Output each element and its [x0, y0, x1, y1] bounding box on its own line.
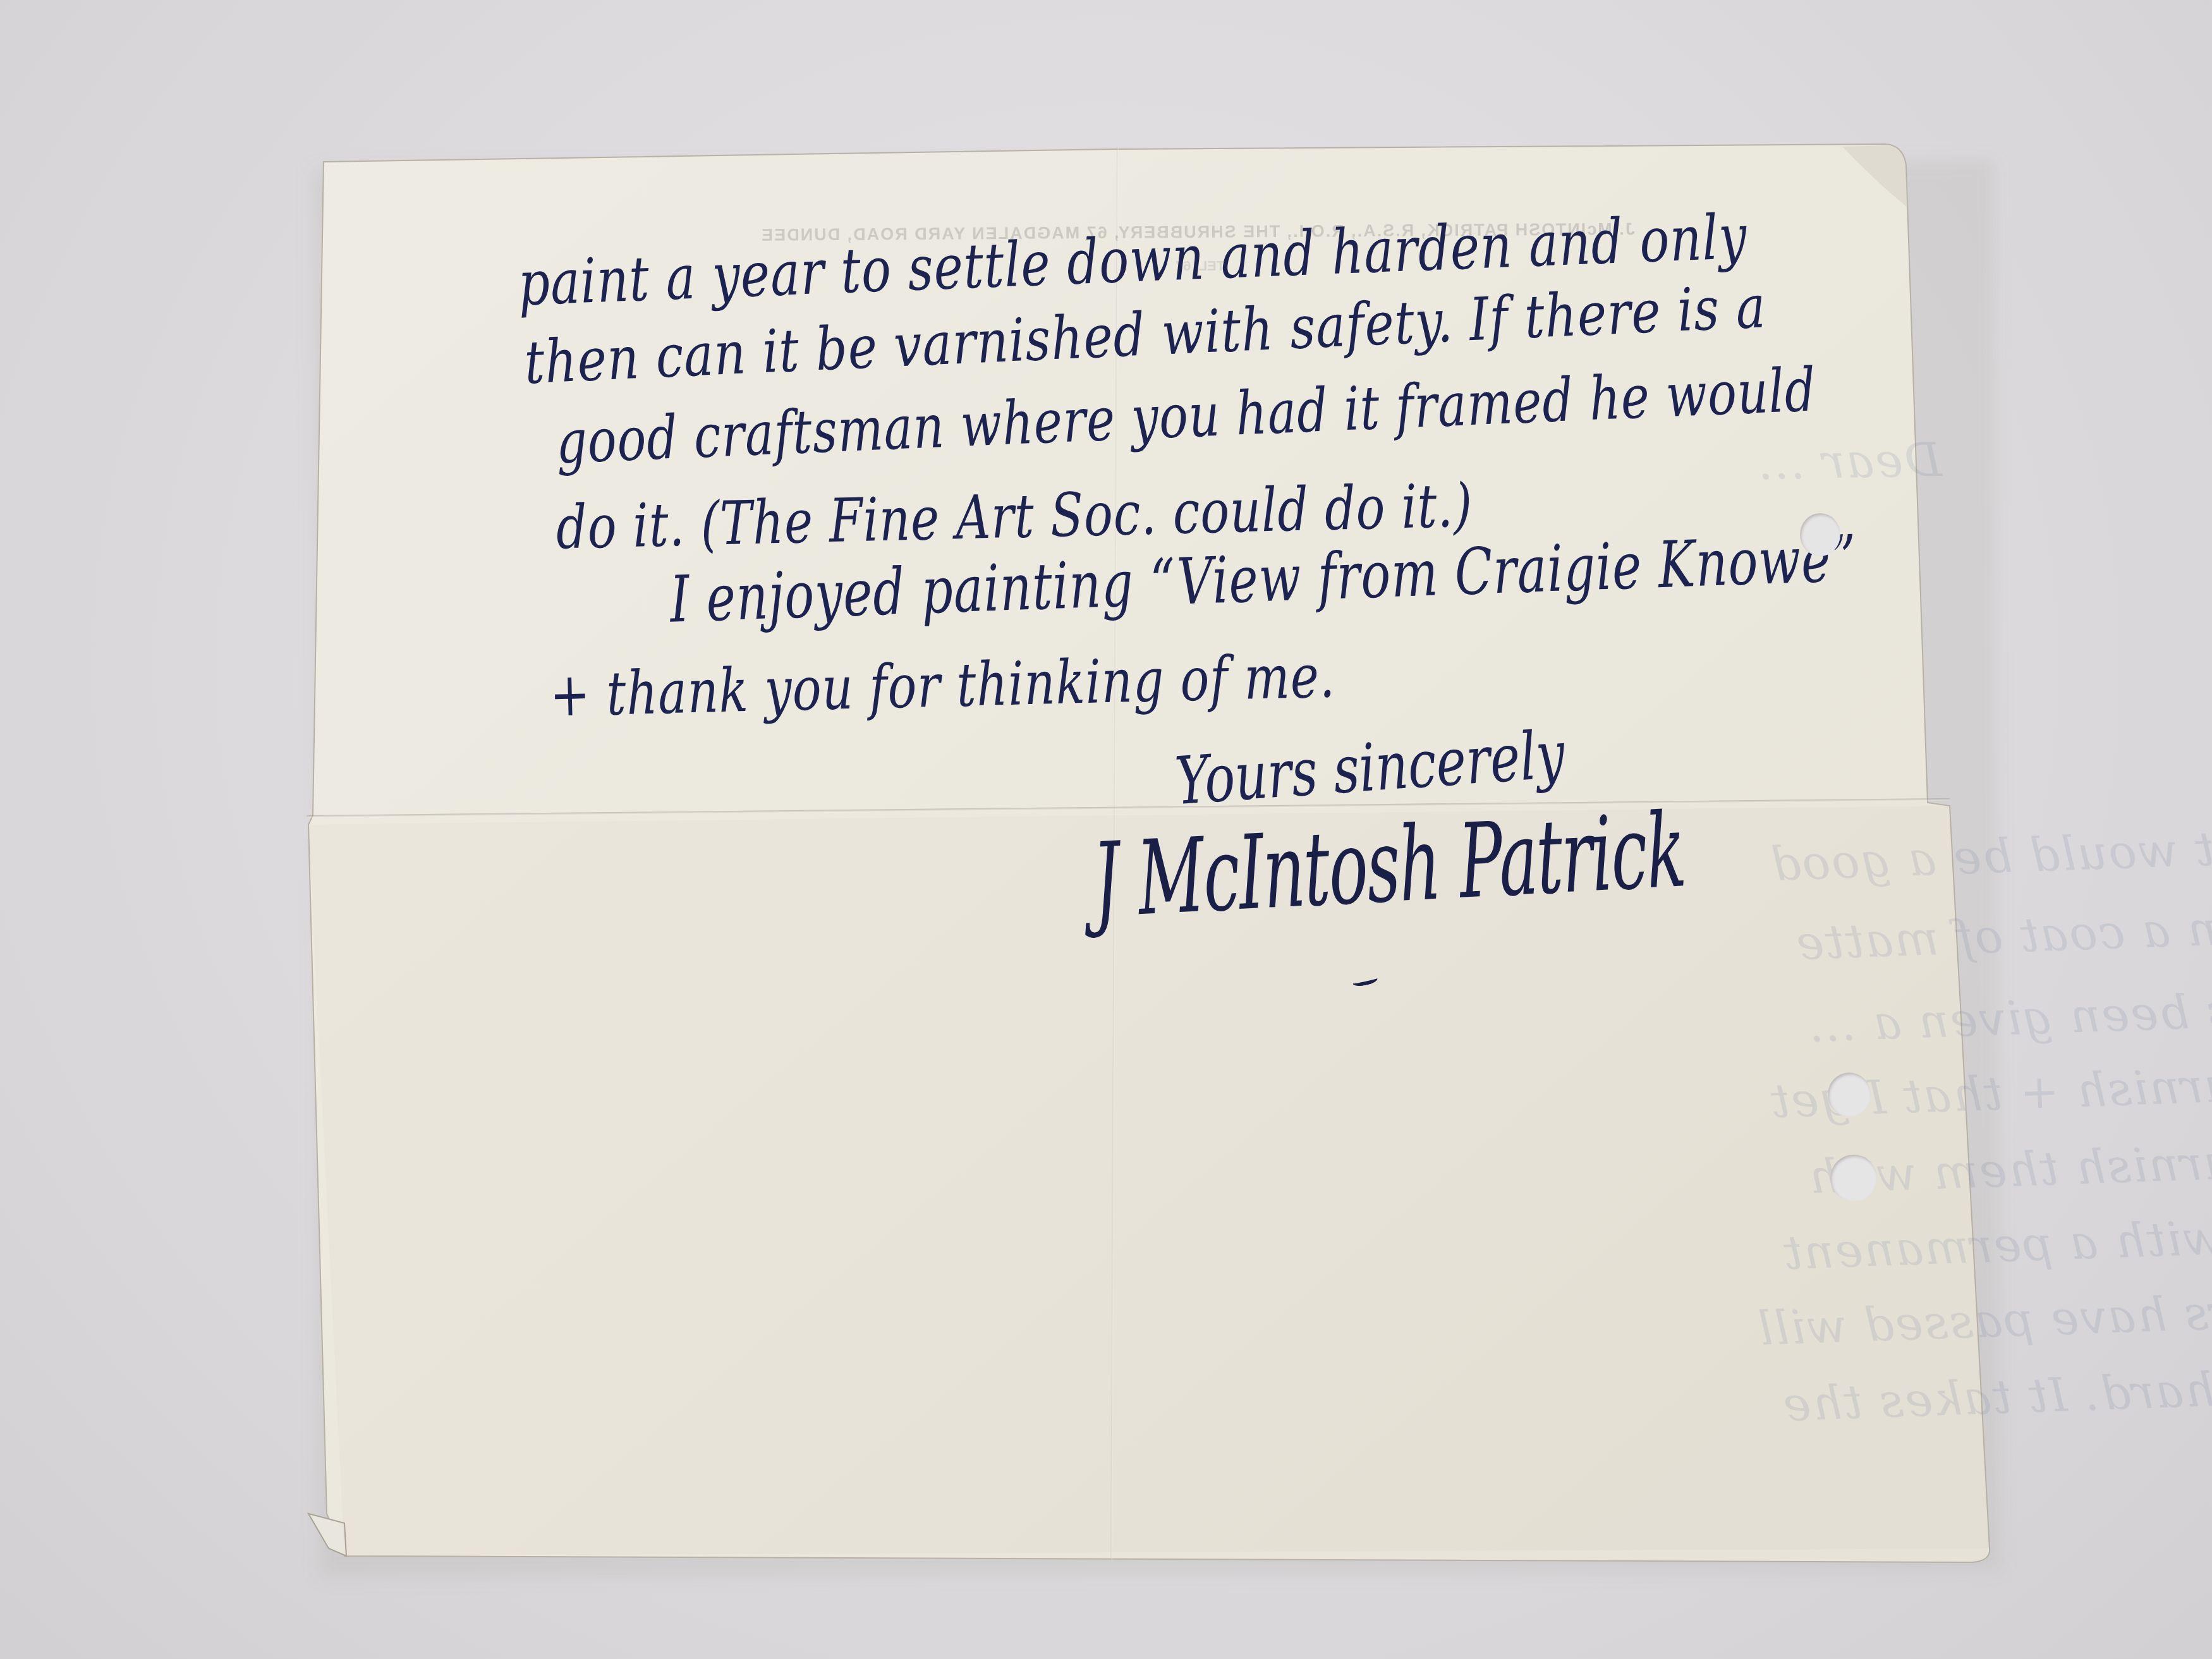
punch-hole — [1800, 513, 1840, 556]
body-line-6: + thank you for thinking of me. — [549, 641, 1336, 731]
punch-hole — [1828, 1073, 1871, 1117]
letter-sheet: J. McINTOSH PATRICK, R.S.A., R.O.I., THE… — [0, 0, 2212, 1659]
punch-hole — [1830, 1155, 1877, 1201]
